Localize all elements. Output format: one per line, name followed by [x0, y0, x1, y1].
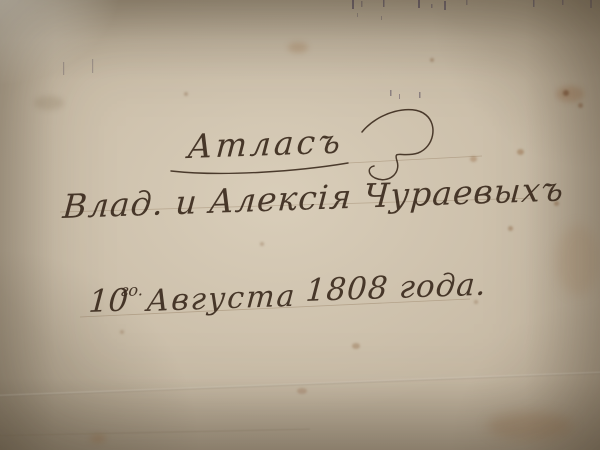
pen-flourish — [362, 110, 433, 180]
bleedthrough-marks — [63, 0, 592, 99]
manuscript-photo: Атласъ Влад. и Алексія Чураевыхъ 10 го. … — [0, 0, 600, 450]
title-text: Атласъ — [184, 122, 344, 167]
date-month: Августа — [143, 279, 297, 319]
handwriting-layer: Атласъ Влад. и Алексія Чураевыхъ 10 го. … — [0, 0, 600, 450]
date-day-suffix: го. — [120, 280, 144, 300]
owners-text: Влад. и Алексія Чураевыхъ — [60, 169, 565, 226]
date-year: 1808 года. — [304, 267, 487, 309]
